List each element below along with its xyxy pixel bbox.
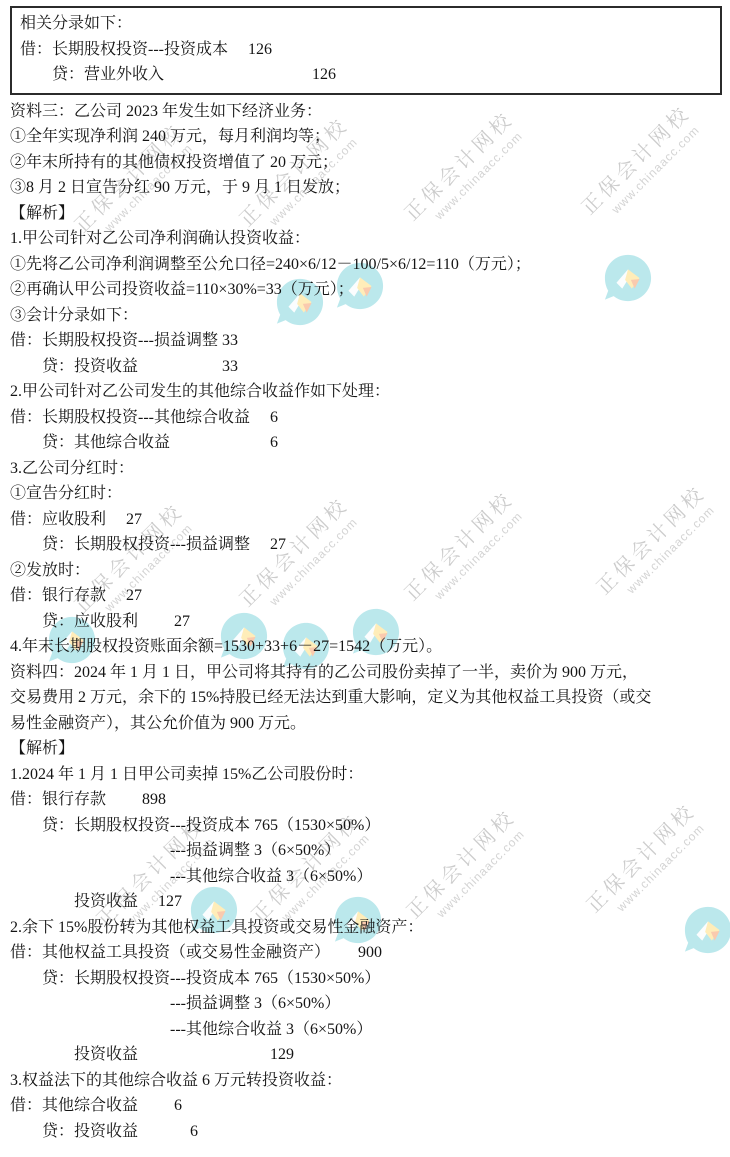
text-line: 3.权益法下的其他综合收益 6 万元转投资收益： bbox=[10, 1068, 724, 1094]
journal-entry-box: 相关分录如下： 借：长期股权投资---投资成本 126 贷：营业外收入 126 bbox=[10, 6, 722, 95]
text-line: 借：长期股权投资---投资成本 126 bbox=[20, 37, 712, 63]
text-line: 贷：长期股权投资---投资成本 765（1530×50%） bbox=[10, 813, 724, 839]
text-line: 贷：应收股利 27 bbox=[10, 609, 724, 635]
text-line: 【解析】 bbox=[10, 736, 724, 762]
text-line: ①宣告分红时： bbox=[10, 481, 724, 507]
text-line: ①全年实现净利润 240 万元，每月利润均等； bbox=[10, 124, 724, 150]
document-content: 相关分录如下： 借：长期股权投资---投资成本 126 贷：营业外收入 126 … bbox=[0, 0, 730, 1144]
text-line: 贷：投资收益 6 bbox=[10, 1119, 724, 1145]
text-line: 相关分录如下： bbox=[20, 11, 712, 37]
text-line: ---其他综合收益 3（6×50%） bbox=[10, 864, 724, 890]
text-line: 借：长期股权投资---损益调整 33 bbox=[10, 328, 724, 354]
text-line: 资料四：2024 年 1 月 1 日，甲公司将其持有的乙公司股份卖掉了一半，卖价… bbox=[10, 660, 724, 686]
text-line: 借：其他综合收益 6 bbox=[10, 1093, 724, 1119]
text-line: 资料三：乙公司 2023 年发生如下经济业务： bbox=[10, 99, 724, 125]
text-line: ---其他综合收益 3（6×50%） bbox=[10, 1017, 724, 1043]
text-line: ②再确认甲公司投资收益=110×30%=33（万元）； bbox=[10, 277, 724, 303]
text-line: 借：长期股权投资---其他综合收益 6 bbox=[10, 405, 724, 431]
text-line: ②年末所持有的其他债权投资增值了 20 万元； bbox=[10, 150, 724, 176]
text-line: 2.甲公司针对乙公司发生的其他综合收益作如下处理： bbox=[10, 379, 724, 405]
text-line: 投资收益 129 bbox=[10, 1042, 724, 1068]
text-line: 1.2024 年 1 月 1 日甲公司卖掉 15%乙公司股份时： bbox=[10, 762, 724, 788]
text-line: 3.乙公司分红时： bbox=[10, 456, 724, 482]
text-line: ③8 月 2 日宣告分红 90 万元，于 9 月 1 日发放； bbox=[10, 175, 724, 201]
document-page: 正保会计网校www.chinaacc.com正保会计网校www.chinaacc… bbox=[0, 0, 730, 1157]
text-line: 贷：长期股权投资---投资成本 765（1530×50%） bbox=[10, 966, 724, 992]
text-line: 易性金融资产），其公允价值为 900 万元。 bbox=[10, 711, 724, 737]
text-line: 2.余下 15%股份转为其他权益工具投资或交易性金融资产： bbox=[10, 915, 724, 941]
text-line: 贷：其他综合收益 6 bbox=[10, 430, 724, 456]
text-line: 【解析】 bbox=[10, 201, 724, 227]
text-line: 贷：营业外收入 126 bbox=[20, 62, 712, 88]
text-line: 借：其他权益工具投资（或交易性金融资产） 900 bbox=[10, 940, 724, 966]
text-line: ③会计分录如下： bbox=[10, 303, 724, 329]
text-line: ①先将乙公司净利润调整至公允口径=240×6/12－100/5×6/12=110… bbox=[10, 252, 724, 278]
text-line: 投资收益 127 bbox=[10, 889, 724, 915]
text-line: 4.年末长期股权投资账面余额=1530+33+6－27=1542（万元）。 bbox=[10, 634, 724, 660]
text-line: 借：银行存款 898 bbox=[10, 787, 724, 813]
text-line: 借：银行存款 27 bbox=[10, 583, 724, 609]
text-line: 1.甲公司针对乙公司净利润确认投资收益： bbox=[10, 226, 724, 252]
text-line: ---损益调整 3（6×50%） bbox=[10, 991, 724, 1017]
text-line: ---损益调整 3（6×50%） bbox=[10, 838, 724, 864]
text-line: 借：应收股利 27 bbox=[10, 507, 724, 533]
text-line: 贷：长期股权投资---损益调整 27 bbox=[10, 532, 724, 558]
text-line: ②发放时： bbox=[10, 558, 724, 584]
text-line: 贷：投资收益 33 bbox=[10, 354, 724, 380]
text-line: 交易费用 2 万元，余下的 15%持股已经无法达到重大影响，定义为其他权益工具投… bbox=[10, 685, 724, 711]
